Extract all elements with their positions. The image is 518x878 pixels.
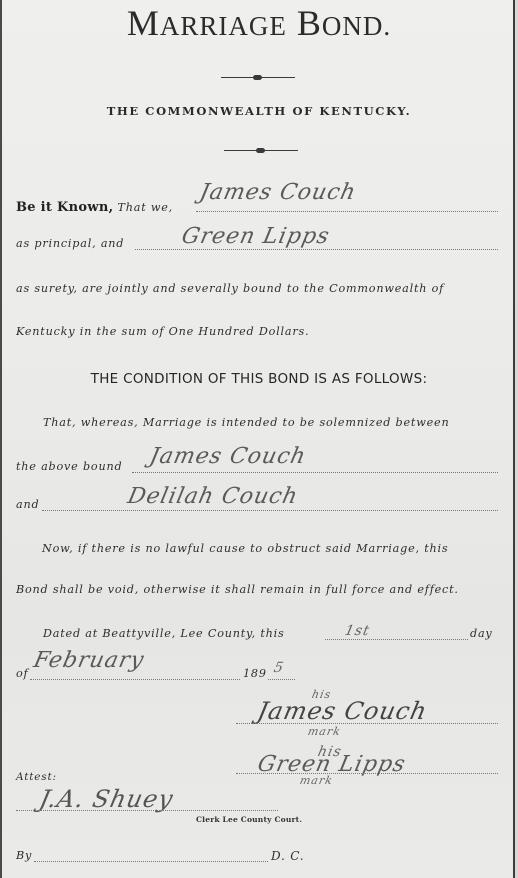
bond-lead: Be it Known, That we, <box>16 198 173 216</box>
clerk-signature: J.A. Shuey <box>37 785 176 813</box>
groom-name-handwritten: James Couch <box>147 444 308 469</box>
jurisdiction-heading: THE COMMONWEALTH OF KENTUCKY. <box>0 104 518 118</box>
month-line[interactable] <box>30 679 240 680</box>
dated-prefix: Dated at Beattyville, Lee County, this <box>43 627 285 640</box>
bound-label: the above bound <box>16 460 122 473</box>
attest-label: Attest: <box>16 771 57 783</box>
condition-heading: THE CONDITION OF THIS BOND IS AS FOLLOWS… <box>0 371 518 387</box>
bride-name-line[interactable] <box>42 510 498 511</box>
day-handwritten: 1st <box>343 623 371 639</box>
deputy-clerk-line[interactable] <box>34 861 268 862</box>
page-left-edge <box>0 0 2 878</box>
title-initial: M <box>127 3 160 43</box>
year-line[interactable] <box>268 679 295 680</box>
lead-blackletter: Be it Known, <box>16 200 113 215</box>
and-label: and <box>16 498 39 511</box>
year-prefix: 189 <box>243 667 267 680</box>
bride-name-handwritten: Delilah Couch <box>125 484 300 509</box>
sum-clause: Kentucky in the sum of One Hundred Dolla… <box>16 325 309 338</box>
surety-clause: as surety, are jointly and severally bou… <box>16 282 444 295</box>
condition-line-3: Now, if there is no lawful cause to obst… <box>42 542 448 555</box>
surety-name-handwritten: Green Lipps <box>179 224 332 249</box>
surety-signature-line[interactable] <box>236 773 498 774</box>
of-label: of <box>16 667 28 680</box>
marriage-bond-document: MARRIAGE BOND. THE COMMONWEALTH OF KENTU… <box>0 0 518 878</box>
day-label: day <box>470 627 493 640</box>
principal-name-line[interactable] <box>196 211 498 212</box>
surety-mark-bottom: mark <box>299 774 335 787</box>
clerk-signature-line[interactable] <box>16 810 278 811</box>
title-initial-2: B <box>297 3 322 43</box>
document-title: MARRIAGE BOND. <box>0 2 518 44</box>
ornament-divider-icon <box>224 150 298 151</box>
clerk-title: Clerk Lee County Court. <box>196 815 302 824</box>
year-handwritten: 5 <box>272 660 285 676</box>
title-smallcaps: ARRIAGE <box>160 11 287 41</box>
principal-mark-bottom: mark <box>307 725 343 738</box>
principal-signature: James Couch <box>255 697 430 725</box>
principal-signature-line[interactable] <box>236 723 498 724</box>
by-label: By <box>16 849 32 862</box>
condition-line-4: Bond shall be void, otherwise it shall r… <box>16 583 459 596</box>
ornament-divider-icon <box>221 77 295 78</box>
condition-line-1: That, whereas, Marriage is intended to b… <box>43 416 449 429</box>
groom-name-line[interactable] <box>132 472 498 473</box>
month-handwritten: February <box>31 648 146 673</box>
title-smallcaps-2: OND. <box>322 11 391 41</box>
lead-text: That we, <box>117 201 173 214</box>
day-line[interactable] <box>325 639 468 640</box>
surety-name-line[interactable] <box>135 249 498 250</box>
principal-name-handwritten: James Couch <box>197 180 358 205</box>
dc-label: D. C. <box>271 849 304 863</box>
principal-label: as principal, and <box>16 237 124 250</box>
